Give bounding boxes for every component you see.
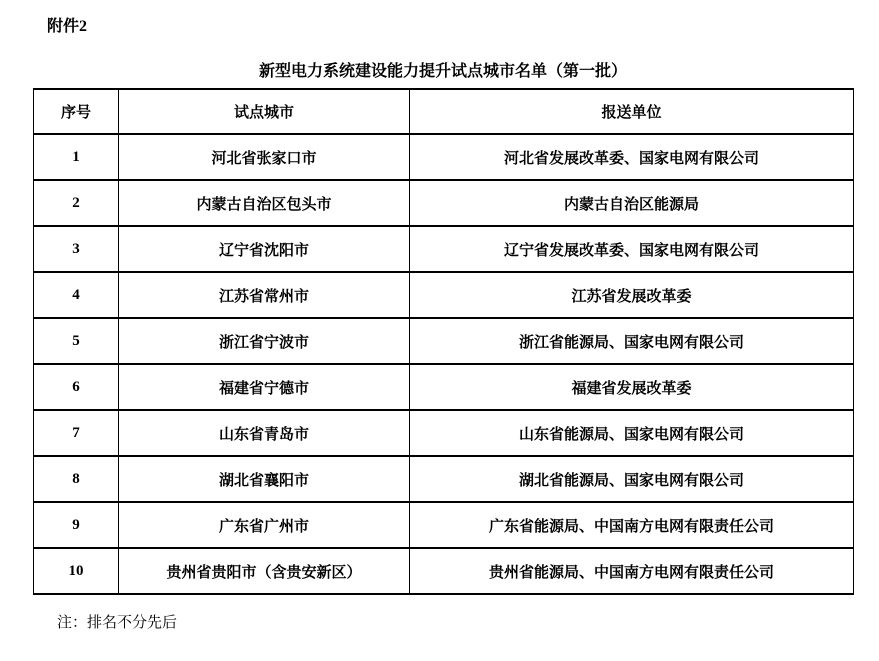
cell-city: 湖北省襄阳市 — [119, 456, 410, 502]
table-row: 4 江苏省常州市 江苏省发展改革委 — [34, 272, 854, 318]
cell-unit: 广东省能源局、中国南方电网有限责任公司 — [410, 502, 854, 548]
col-header-no: 序号 — [34, 89, 119, 134]
cell-no: 5 — [34, 318, 119, 364]
cell-unit: 辽宁省发展改革委、国家电网有限公司 — [410, 226, 854, 272]
cell-no: 4 — [34, 272, 119, 318]
table-row: 9 广东省广州市 广东省能源局、中国南方电网有限责任公司 — [34, 502, 854, 548]
col-header-city: 试点城市 — [119, 89, 410, 134]
table-row: 6 福建省宁德市 福建省发展改革委 — [34, 364, 854, 410]
col-header-unit: 报送单位 — [410, 89, 854, 134]
table-row: 10 贵州省贵阳市（含贵安新区） 贵州省能源局、中国南方电网有限责任公司 — [34, 548, 854, 594]
table-header-row: 序号 试点城市 报送单位 — [34, 89, 854, 134]
cell-no: 1 — [34, 134, 119, 180]
cell-city: 福建省宁德市 — [119, 364, 410, 410]
cell-no: 6 — [34, 364, 119, 410]
cell-city: 辽宁省沈阳市 — [119, 226, 410, 272]
cell-city: 浙江省宁波市 — [119, 318, 410, 364]
cell-no: 9 — [34, 502, 119, 548]
cell-city: 河北省张家口市 — [119, 134, 410, 180]
table-row: 8 湖北省襄阳市 湖北省能源局、国家电网有限公司 — [34, 456, 854, 502]
attachment-label: 附件2 — [47, 13, 87, 36]
cell-city: 广东省广州市 — [119, 502, 410, 548]
table-row: 5 浙江省宁波市 浙江省能源局、国家电网有限公司 — [34, 318, 854, 364]
cell-unit: 江苏省发展改革委 — [410, 272, 854, 318]
cell-unit: 山东省能源局、国家电网有限公司 — [410, 410, 854, 456]
cell-unit: 湖北省能源局、国家电网有限公司 — [410, 456, 854, 502]
cell-city: 山东省青岛市 — [119, 410, 410, 456]
cell-no: 7 — [34, 410, 119, 456]
footnote: 注：排名不分先后 — [57, 611, 177, 632]
table-row: 2 内蒙古自治区包头市 内蒙古自治区能源局 — [34, 180, 854, 226]
cell-unit: 内蒙古自治区能源局 — [410, 180, 854, 226]
cell-unit: 贵州省能源局、中国南方电网有限责任公司 — [410, 548, 854, 594]
cell-unit: 福建省发展改革委 — [410, 364, 854, 410]
cell-unit: 浙江省能源局、国家电网有限公司 — [410, 318, 854, 364]
cell-city: 贵州省贵阳市（含贵安新区） — [119, 548, 410, 594]
cell-city: 内蒙古自治区包头市 — [119, 180, 410, 226]
document-title: 新型电力系统建设能力提升试点城市名单（第一批） — [33, 58, 853, 81]
cell-no: 10 — [34, 548, 119, 594]
cell-no: 2 — [34, 180, 119, 226]
cell-unit: 河北省发展改革委、国家电网有限公司 — [410, 134, 854, 180]
table-row: 1 河北省张家口市 河北省发展改革委、国家电网有限公司 — [34, 134, 854, 180]
table-row: 7 山东省青岛市 山东省能源局、国家电网有限公司 — [34, 410, 854, 456]
cell-no: 3 — [34, 226, 119, 272]
table-row: 3 辽宁省沈阳市 辽宁省发展改革委、国家电网有限公司 — [34, 226, 854, 272]
cell-city: 江苏省常州市 — [119, 272, 410, 318]
pilot-cities-table: 序号 试点城市 报送单位 1 河北省张家口市 河北省发展改革委、国家电网有限公司… — [33, 88, 854, 595]
cell-no: 8 — [34, 456, 119, 502]
